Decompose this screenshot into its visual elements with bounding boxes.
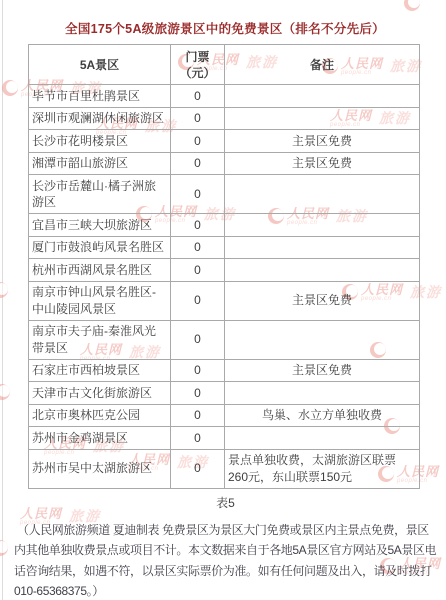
ticket-price-cell: 0 <box>171 259 225 282</box>
scenic-area-name-cell: 石家庄市西柏坡景区 <box>29 359 171 382</box>
table-row: 北京市奥林匹克公园0鸟巢、水立方单独收费 <box>29 404 420 427</box>
table-row: 长沙市花明楼景区0主景区免费 <box>29 130 420 153</box>
table-row: 宜昌市三峡大坝旅游区0 <box>29 214 420 237</box>
ticket-price-cell: 0 <box>171 427 225 450</box>
table-row: 南京市夫子庙-秦淮风光带景区0 <box>29 320 420 359</box>
people-cn-logo-watermark-icon <box>2 80 18 96</box>
column-header-ticket-price: 门票 （元） <box>171 45 225 85</box>
table-row: 南京市钟山风景名胜区-中山陵园风景区0主景区免费 <box>29 281 420 320</box>
table-row: 厦门市鼓浪屿风景名胜区0 <box>29 236 420 259</box>
ticket-price-cell: 0 <box>171 404 225 427</box>
table-row: 长沙市岳麓山·橘子洲旅游区0 <box>29 175 420 214</box>
ticket-price-cell: 0 <box>171 175 225 214</box>
watermark <box>404 0 420 11</box>
note-cell <box>225 427 420 450</box>
page-title: 全国175个5A级旅游景区中的免费景区（排名不分先后） <box>20 19 430 37</box>
ticket-price-cell: 0 <box>171 320 225 359</box>
ticket-price-cell: 0 <box>171 382 225 405</box>
scenic-area-name-cell: 苏州市吴中太湖旅游区 <box>29 449 171 488</box>
scenic-area-name-cell: 天津市古文化街旅游区 <box>29 382 171 405</box>
table-row: 杭州市西湖风景名胜区0 <box>29 259 420 282</box>
note-cell <box>225 85 420 108</box>
note-cell: 主景区免费 <box>225 281 420 320</box>
scenic-area-name-cell: 毕节市百里杜鹃景区 <box>29 85 171 108</box>
footnote-paragraph: （人民网旅游频道 夏迪制表 免费景区为景区大门免费或景区内主景点免费，景区内其他… <box>14 520 438 600</box>
note-cell <box>225 107 420 130</box>
ticket-price-cell: 0 <box>171 85 225 108</box>
note-cell: 鸟巢、水立方单独收费 <box>225 404 420 427</box>
note-cell <box>225 175 420 214</box>
table-row: 石家庄市西柏坡景区0主景区免费 <box>29 359 420 382</box>
note-cell: 主景区免费 <box>225 359 420 382</box>
note-cell: 主景区免费 <box>225 152 420 175</box>
table-row: 苏州市吴中太湖旅游区0景点单独收费，太湖旅游区联票260元，东山联票150元 <box>29 449 420 488</box>
scenic-area-name-cell: 湘潭市韶山旅游区 <box>29 152 171 175</box>
article-page: 人民网people.cn旅游人民网people.cn旅游人民网people.cn… <box>0 0 446 600</box>
note-cell <box>225 382 420 405</box>
ticket-price-cell: 0 <box>171 359 225 382</box>
column-header-scenic-area: 5A景区 <box>29 45 171 85</box>
table-row: 深圳市观澜湖休闲旅游区0 <box>29 107 420 130</box>
ticket-price-cell: 0 <box>171 281 225 320</box>
note-cell <box>225 320 420 359</box>
scenic-area-name-cell: 长沙市花明楼景区 <box>29 130 171 153</box>
table-header-row: 5A景区 门票 （元） 备注 <box>29 45 420 85</box>
scenic-area-name-cell: 深圳市观澜湖休闲旅游区 <box>29 107 171 130</box>
table-row: 苏州市金鸡湖景区0 <box>29 427 420 450</box>
scenic-area-name-cell: 北京市奥林匹克公园 <box>29 404 171 427</box>
scenic-area-name-cell: 苏州市金鸡湖景区 <box>29 427 171 450</box>
ticket-price-cell: 0 <box>171 214 225 237</box>
page-left-edge-divider <box>2 0 3 600</box>
table-row: 毕节市百里杜鹃景区0 <box>29 85 420 108</box>
note-cell <box>225 236 420 259</box>
table-row: 天津市古文化街旅游区0 <box>29 382 420 405</box>
ticket-price-cell: 0 <box>171 107 225 130</box>
scenic-area-name-cell: 南京市夫子庙-秦淮风光带景区 <box>29 320 171 359</box>
ticket-price-cell: 0 <box>171 236 225 259</box>
scenic-area-name-cell: 宜昌市三峡大坝旅游区 <box>29 214 171 237</box>
note-cell <box>225 214 420 237</box>
note-cell: 景点单独收费，太湖旅游区联票260元，东山联票150元 <box>225 449 420 488</box>
scenic-area-name-cell: 杭州市西湖风景名胜区 <box>29 259 171 282</box>
ticket-price-cell: 0 <box>171 130 225 153</box>
column-header-note: 备注 <box>225 45 420 85</box>
ticket-price-cell: 0 <box>171 449 225 488</box>
scenic-area-name-cell: 长沙市岳麓山·橘子洲旅游区 <box>29 175 171 214</box>
table-caption: 表5 <box>28 494 423 511</box>
free-scenic-spots-table: 5A景区 门票 （元） 备注 毕节市百里杜鹃景区0深圳市观澜湖休闲旅游区0长沙市… <box>28 44 420 489</box>
note-cell <box>225 259 420 282</box>
ticket-price-cell: 0 <box>171 152 225 175</box>
scenic-area-name-cell: 南京市钟山风景名胜区-中山陵园风景区 <box>29 281 171 320</box>
table-row: 湘潭市韶山旅游区0主景区免费 <box>29 152 420 175</box>
scenic-area-name-cell: 厦门市鼓浪屿风景名胜区 <box>29 236 171 259</box>
note-cell: 主景区免费 <box>225 130 420 153</box>
people-cn-logo-watermark-icon <box>404 0 420 11</box>
